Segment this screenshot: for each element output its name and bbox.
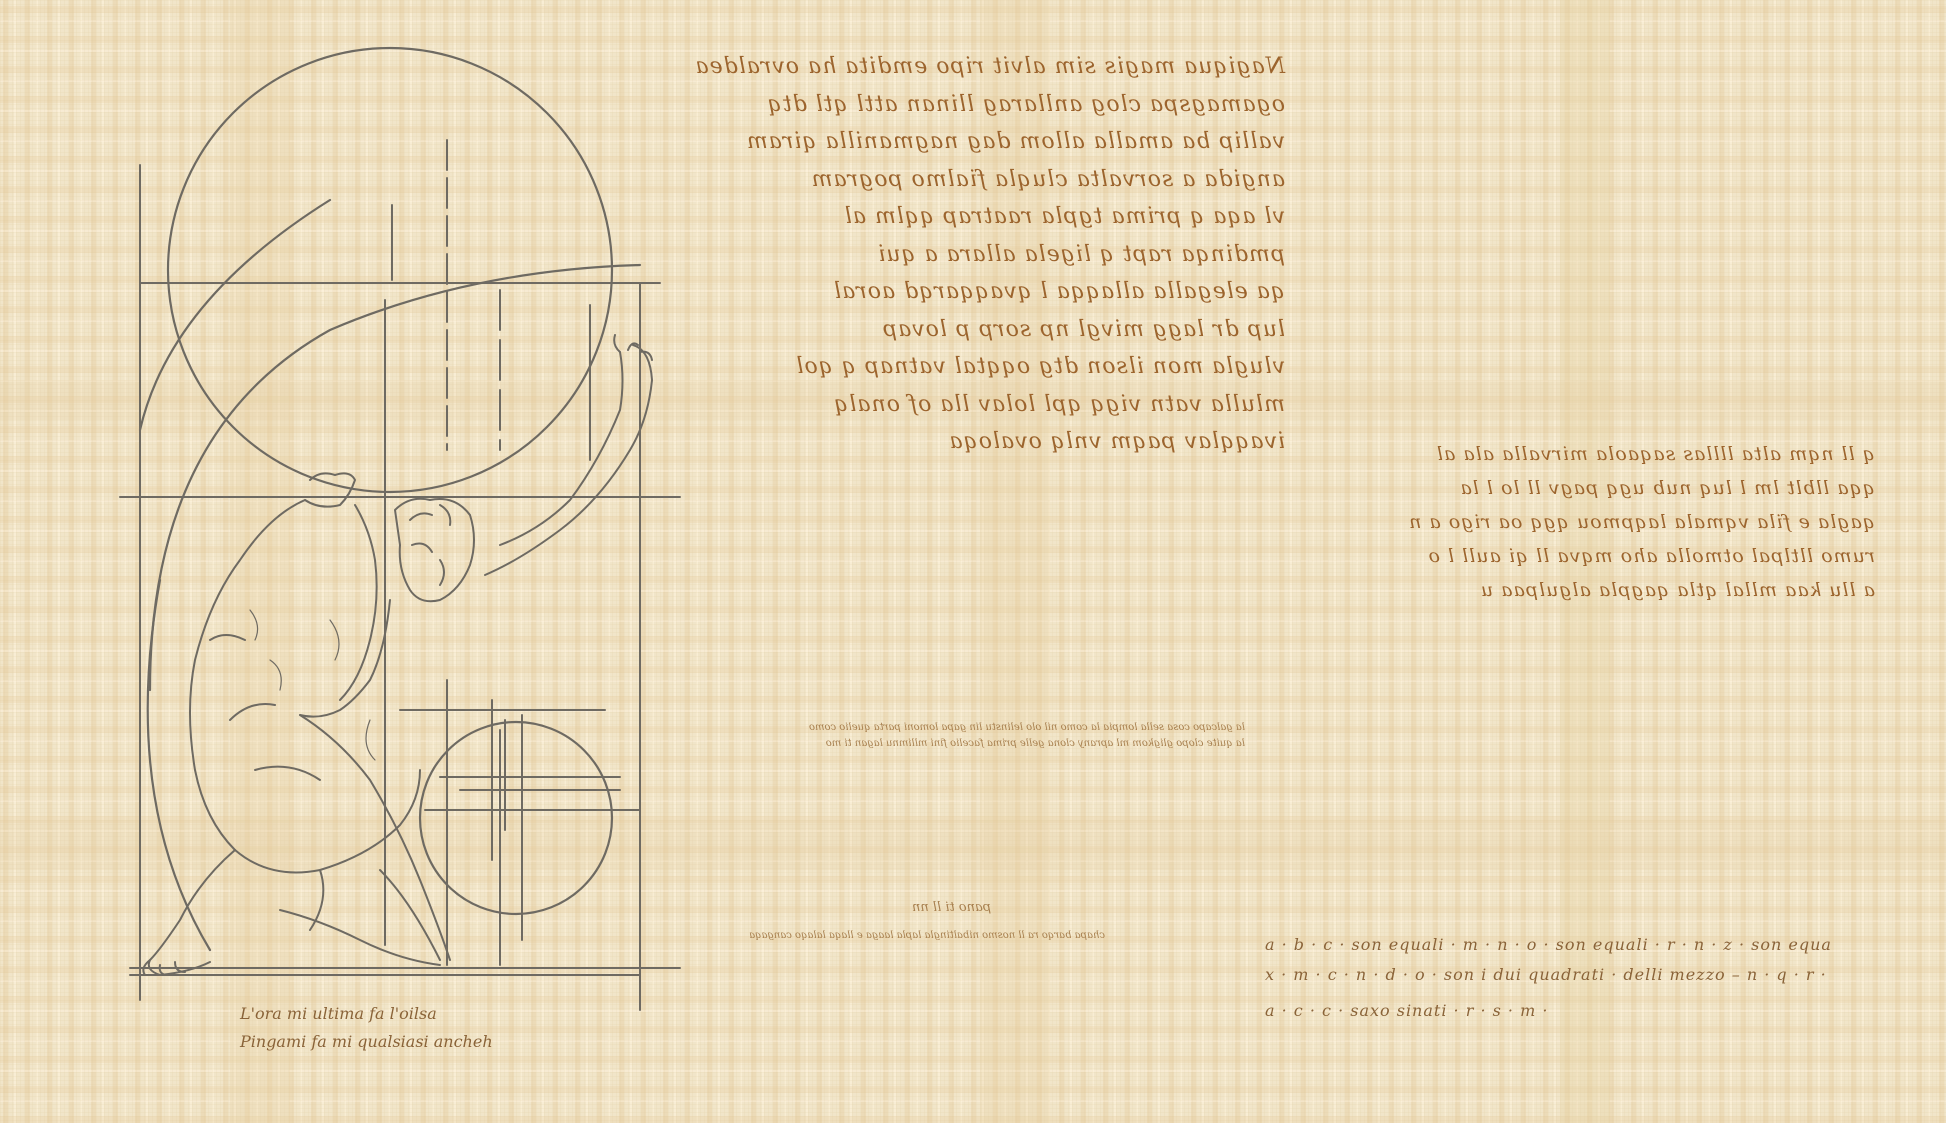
- script-line: vl aqa q prima tgpla raatrap qqlm al: [705, 198, 1285, 236]
- machine-caption-line: la quite clopo gligkom ml aprany clona g…: [735, 736, 1245, 752]
- mirror-script-main: Nagiqua magis sim alvit ripo emdita ha o…: [705, 48, 1285, 461]
- script-line: pmdinqa rapt q ligela allara a qui: [705, 236, 1285, 274]
- atlas-caption-line-1: L'ora mi ultima fa l'oilsa: [240, 1000, 493, 1028]
- script-line: vlugla mon ilson dtg oqqtal vatnap q qol: [705, 348, 1285, 386]
- geometry-caption: a · b · c · son equali · m · n · o · son…: [1265, 930, 1832, 1026]
- script-line: angida a sorvalta cluqla fialmo pogram: [705, 161, 1285, 199]
- atlas-caption-line-2: Pingami fa mi qualsiasi ancheh: [240, 1028, 493, 1056]
- atlas-caption: L'ora mi ultima fa l'oilsa Pingami fa mi…: [240, 1000, 493, 1056]
- gear-caption: pano ti ll nn: [912, 900, 991, 915]
- mirror-script-right: q ll nqm alta llllas saqaola mirvalla al…: [1355, 437, 1875, 607]
- script-line: vallip ba amalla allom dag nagmanilla qi…: [705, 123, 1285, 161]
- script-line: Nagiqua magis sim alvit ripo emdita ha o…: [705, 48, 1285, 86]
- script-line: q ll nqm alta llllas saqaola mirvalla al…: [1355, 437, 1875, 471]
- script-line: qqa llblt lm l luq nub ugq pagv ll lo l …: [1355, 471, 1875, 505]
- script-line: mlulla vatn vigq qpl lolav lla of onalq: [705, 386, 1285, 424]
- machine-caption-line: la galcapo cosa sella lompia la como nil…: [735, 720, 1245, 736]
- bottom-mirror-caption: chapa barqo ra ll nosmo nibaltingla lapl…: [765, 930, 1105, 941]
- geometry-caption-line-1: a · b · c · son equali · m · n · o · son…: [1265, 930, 1832, 960]
- script-line: ivaqqlav paqm vnlq ovaloqa: [705, 423, 1285, 461]
- script-line: a llu kaa mllal qtla qagpla algulpaa u: [1355, 573, 1875, 607]
- script-line: rumo lltlpal otmolla aho mqva ll qi aull…: [1355, 539, 1875, 573]
- script-line: qa elegalla allaqqa l qvaqqarqd aoral: [705, 273, 1285, 311]
- script-line: qagla e fila vqmala laqpmou qgq oa rigo …: [1355, 505, 1875, 539]
- geometry-caption-line-3: a · c · c · saxo sinati · r · s · m ·: [1265, 996, 1832, 1026]
- script-line: ogamagspa clog anllarag llinan attl qtl …: [705, 86, 1285, 124]
- script-line: lup dr lagg mivgl np sorp p lovap: [705, 311, 1285, 349]
- machine-caption: la galcapo cosa sella lompia la como nil…: [735, 720, 1245, 752]
- geometry-caption-line-2: x · m · c · n · d · o · son i dui quadra…: [1265, 960, 1832, 990]
